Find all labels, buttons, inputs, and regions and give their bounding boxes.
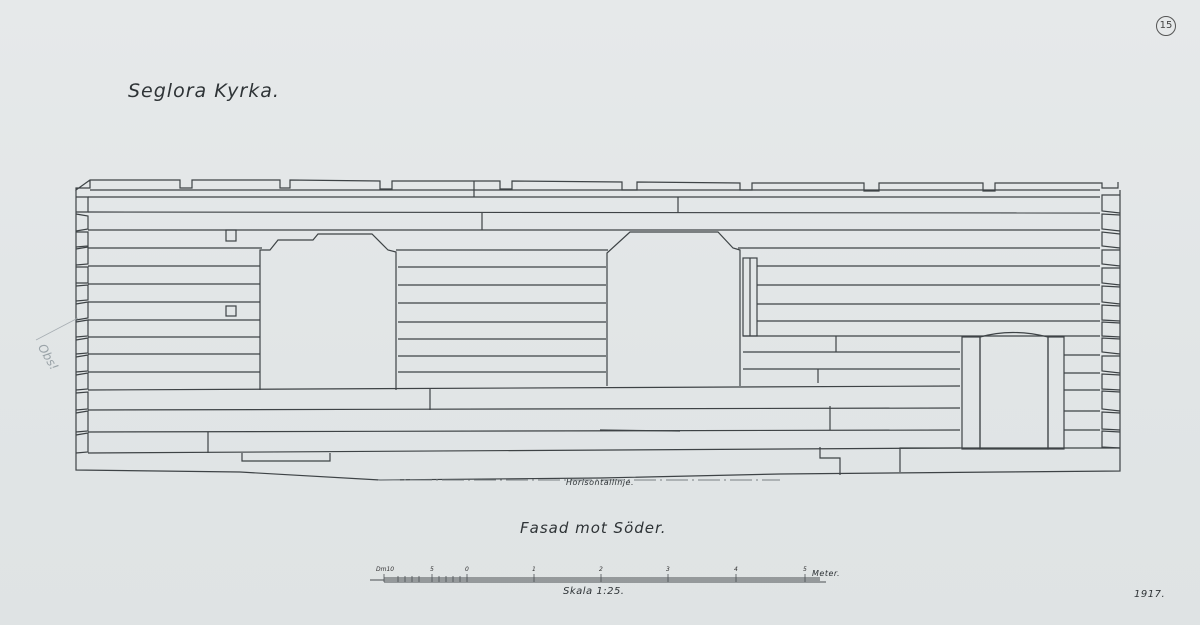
drawing-sheet: Seglora Kyrka. 15 Horisontallinje. Fasad…	[0, 0, 1200, 625]
door-jamb-right	[1048, 337, 1064, 449]
scale-tick-label: 5	[430, 566, 434, 573]
scale-bar	[370, 574, 826, 582]
wall-outline	[76, 190, 1120, 480]
scale-tick-label: 3	[666, 566, 670, 573]
small-opening	[226, 230, 236, 241]
scale-tick-label: 4	[734, 566, 738, 573]
drawing-title: Seglora Kyrka.	[128, 80, 280, 102]
year-label: 1917.	[1134, 589, 1165, 600]
scale-tick-label: Dm10	[376, 566, 394, 573]
left-log-ends	[76, 197, 88, 453]
scale-tick-label: 0	[465, 566, 469, 573]
sheet-number-badge: 15	[1156, 16, 1176, 36]
small-opening	[226, 306, 236, 316]
window-2	[607, 232, 740, 386]
scale-tick-label: 2	[599, 566, 603, 573]
facade-subtitle: Fasad mot Söder.	[520, 519, 667, 537]
scale-tick-label: 5	[803, 566, 807, 573]
door	[980, 333, 1048, 450]
right-log-ends	[1102, 195, 1120, 448]
scale-unit-label: Meter.	[812, 569, 840, 578]
roof-line	[76, 180, 1118, 191]
scale-tick-label: 1	[532, 566, 536, 573]
door-jamb-left	[962, 337, 980, 449]
window-1	[260, 234, 396, 390]
scale-label: Skala 1:25.	[563, 586, 625, 597]
horizon-label: Horisontallinje.	[566, 478, 634, 487]
